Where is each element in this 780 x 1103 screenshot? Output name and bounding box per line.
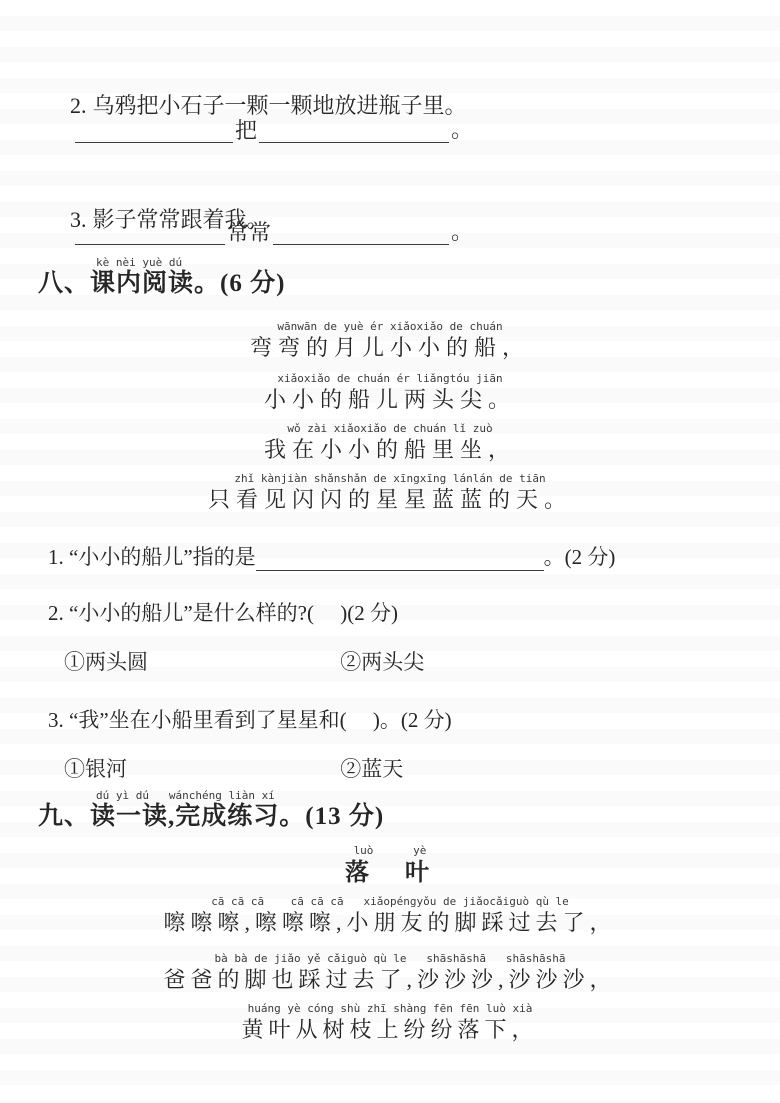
sentence-text: 乌鸦把小石子一颗一颗地放进瓶子里。	[93, 93, 467, 118]
passage-title: luò yè 落 叶	[0, 845, 780, 888]
poem-line-1: wānwān de yuè ér xiǎoxiǎo de chuán 弯弯的月儿…	[0, 321, 780, 361]
fill-in-line-item-2: 把 。	[0, 116, 780, 143]
question-1-text: 1. “小小的船儿”指的是	[48, 544, 256, 571]
poem-line-text: 弯弯的月儿小小的船，	[0, 335, 780, 361]
question-1-blank	[256, 546, 544, 571]
option-2: ②蓝天	[340, 753, 403, 783]
option-1: ①银河	[64, 753, 335, 783]
question-3-options: ①银河 ②蓝天	[0, 753, 780, 783]
passage-line-text: 嚓嚓嚓,嚓嚓嚓,小朋友的脚踩过去了，	[0, 910, 780, 936]
poem-line-text: 只看见闪闪的星星蓝蓝的天。	[0, 487, 780, 513]
answer-blank-right	[273, 218, 449, 245]
item-number: 2.	[70, 93, 87, 118]
passage-line-text: 爸爸的脚也踩过去了,沙沙沙,沙沙沙，	[0, 967, 780, 993]
period-mark: 。	[451, 219, 473, 245]
question-1-suffix: 。(2 分)	[544, 544, 616, 571]
passage-line-1: cā cā cā cā cā cā xiǎopéngyǒu de jiǎocǎi…	[0, 896, 780, 936]
passage-line-2: bà bà de jiǎo yě cǎiguò qù le shāshāshā …	[0, 953, 780, 993]
answer-blank-right	[259, 116, 449, 143]
poem-line-text: 我在小小的船里坐，	[0, 437, 780, 463]
fill-in-line-item-3: 常常 。	[0, 218, 780, 245]
connector-word: 常常	[225, 221, 273, 245]
poem-line-pinyin: wǒ zài xiǎoxiǎo de chuán lǐ zuò	[0, 423, 780, 435]
option-2: ②两头尖	[340, 646, 424, 676]
option-1: ①两头圆	[64, 646, 335, 676]
poem-line-pinyin: zhǐ kànjiàn shǎnshǎn de xīngxīng lánlán …	[0, 473, 780, 485]
question-2-text: 2. “小小的船儿”是什么样的?( )(2 分)	[48, 600, 398, 627]
poem-line-pinyin: wānwān de yuè ér xiǎoxiǎo de chuán	[0, 321, 780, 333]
poem-line-3: wǒ zài xiǎoxiǎo de chuán lǐ zuò 我在小小的船里坐…	[0, 423, 780, 463]
passage-line-3: huáng yè cóng shù zhī shàng fēn fēn luò …	[0, 1003, 780, 1043]
poem-line-4: zhǐ kànjiàn shǎnshǎn de xīngxīng lánlán …	[0, 473, 780, 513]
poem-line-2: xiǎoxiǎo de chuán ér liǎngtóu jiān 小小的船儿…	[0, 373, 780, 413]
poem-line-text: 小小的船儿两头尖。	[0, 387, 780, 413]
section-8-heading: kè nèi yuè dú 八、课内阅读。(6 分)	[0, 257, 780, 299]
period-mark: 。	[451, 117, 473, 143]
question-3-text: 3. “我”坐在小船里看到了星星和( )。(2 分)	[48, 707, 452, 734]
passage-title-pinyin: luò yè	[0, 845, 780, 857]
section-9-pinyin: dú yì dú wánchéng liàn xí	[38, 790, 780, 802]
section-8-pinyin: kè nèi yuè dú	[38, 257, 780, 269]
question-2-options: ①两头圆 ②两头尖	[0, 646, 780, 676]
answer-blank-left	[75, 116, 233, 143]
question-1: 1. “小小的船儿”指的是 。(2 分)	[0, 544, 780, 571]
poem-line-pinyin: xiǎoxiǎo de chuán ér liǎngtóu jiān	[0, 373, 780, 385]
question-2: 2. “小小的船儿”是什么样的?( )(2 分)	[0, 600, 780, 627]
passage-line-pinyin: huáng yè cóng shù zhī shàng fēn fēn luò …	[0, 1003, 780, 1015]
passage-title-text: 落 叶	[0, 859, 780, 888]
worksheet-page: 2.乌鸦把小石子一颗一颗地放进瓶子里。 把 。 3.影子常常跟着我。 常常 。 …	[0, 0, 780, 1103]
passage-line-text: 黄叶从树枝上纷纷落下，	[0, 1017, 780, 1043]
connector-word: 把	[233, 119, 259, 143]
question-3: 3. “我”坐在小船里看到了星星和( )。(2 分)	[0, 707, 780, 734]
passage-line-pinyin: cā cā cā cā cā cā xiǎopéngyǒu de jiǎocǎi…	[0, 896, 780, 908]
passage-line-pinyin: bà bà de jiǎo yě cǎiguò qù le shāshāshā …	[0, 953, 780, 965]
section-9-title: 九、读一读,完成练习。(13 分)	[38, 803, 384, 830]
answer-blank-left	[75, 218, 225, 245]
section-8-title: 八、课内阅读。(6 分)	[38, 270, 285, 297]
section-9-heading: dú yì dú wánchéng liàn xí 九、读一读,完成练习。(13…	[0, 790, 780, 832]
